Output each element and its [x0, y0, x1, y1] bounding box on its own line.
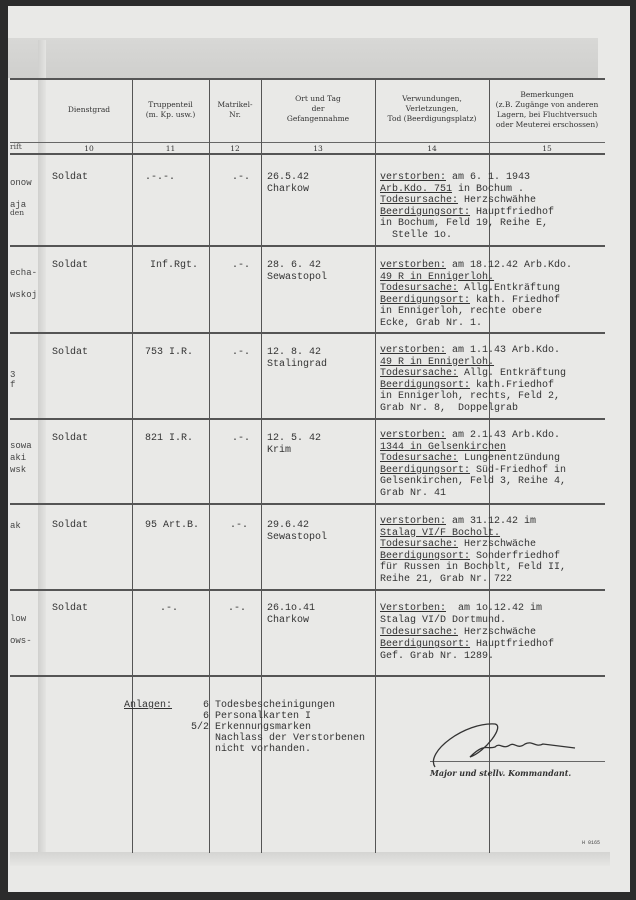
capture-date-place: 29.6.42 Sewastopol [267, 520, 327, 544]
unit: .-. [160, 603, 178, 615]
left-fragment: ak [10, 520, 21, 533]
death-record: verstorben: am 2.1.43 Arb.Kdo. 1344 in G… [380, 430, 566, 500]
died-date: am 1.1.43 Arb.Kdo. [446, 345, 560, 356]
cause-label: Todesursache: [380, 283, 458, 294]
left-fragment: 3 f [10, 350, 15, 390]
header-truppenteil: Truppenteil (m. Kp. usw.) [132, 100, 209, 120]
unit: 821 I.R. [145, 433, 193, 445]
cause-of-death: Herzschwäche [458, 627, 536, 638]
row-divider [10, 503, 605, 505]
died-label: verstorben: [380, 345, 446, 356]
burial-label: Beerdigungsort: [380, 465, 470, 476]
capture-date-place: 26.1o.41 Charkow [267, 603, 315, 627]
matrikel: .-. [232, 260, 250, 272]
paper-fold-top [8, 38, 598, 78]
colnum-divider [10, 153, 605, 155]
burial-label: Beerdigungsort: [380, 639, 470, 650]
cause-label: Todesursache: [380, 368, 458, 379]
unit: .-.-. [145, 172, 175, 184]
rank: Soldat [52, 520, 88, 532]
paper-fold-left [38, 40, 46, 860]
paper-fold-bottom [10, 852, 610, 866]
rank: Soldat [52, 603, 88, 615]
work-detail: Arb.Kdo. 751 [380, 184, 452, 195]
died-label: verstorben: [380, 172, 446, 183]
died-label: verstorben: [380, 516, 446, 527]
cause-of-death: Allg.Entkräftung [458, 283, 560, 294]
died-label: verstorben: [380, 260, 446, 271]
died-date: am 18.12.42 Arb.Kdo. [446, 260, 572, 271]
capture-date-place: 28. 6. 42 Sewastopol [267, 260, 327, 284]
left-fragment: onow aja [10, 172, 32, 216]
column-number: 12 [209, 144, 261, 153]
died-label: verstorben: [380, 430, 446, 441]
work-detail: 49 R in Ennigerloh. [380, 272, 494, 283]
capture-date-place: 26.5.42 Charkow [267, 172, 309, 196]
row-divider [10, 245, 605, 247]
fragment-text: rift [10, 136, 24, 158]
left-fragment: low ows- [10, 608, 32, 652]
header-capture: Ort und Tag der Gefangennahme [261, 94, 375, 124]
left-fragment: sowa aki wsk [10, 440, 32, 476]
row-divider [10, 675, 605, 677]
attachments-list: 6 Todesbescheinigungen 6 Personalkarten … [185, 700, 365, 755]
header-divider [10, 142, 605, 143]
column-number: 10 [46, 144, 132, 153]
died-date: am 1o.12.42 im [446, 603, 542, 614]
unit: 753 I.R. [145, 347, 193, 359]
cause-label: Todesursache: [380, 539, 458, 550]
column-number: 11 [132, 144, 209, 153]
capture-date-place: 12. 8. 42 Stalingrad [267, 347, 327, 371]
column-number: 13 [261, 144, 375, 153]
capture-date-place: 12. 5. 42 Krim [267, 433, 321, 457]
signatory-title: Major und stellv. Kommandant. [430, 768, 571, 778]
work-detail: Stalag VI/F Bocholt. [380, 528, 500, 539]
died-label: Verstorben: [380, 603, 446, 614]
cause-label: Todesursache: [380, 453, 458, 464]
rank: Soldat [52, 172, 88, 184]
attachments-label: Anlagen: [124, 700, 172, 711]
cause-of-death: Herzschwähhe [458, 195, 536, 206]
header-remarks: Bemerkungen (z.B. Zugänge von anderen La… [489, 90, 605, 130]
rank: Soldat [52, 260, 88, 272]
header-matrikel: Matrikel- Nr. [209, 100, 261, 120]
matrikel: .-. [230, 520, 248, 532]
death-record: verstorben: am 31.12.42 im Stalag VI/F B… [380, 516, 566, 586]
matrikel: .-. [232, 433, 250, 445]
death-record: Verstorben: am 1o.12.42 im Stalag VI/D D… [380, 603, 554, 663]
burial-label: Beerdigungsort: [380, 380, 470, 391]
cause-label: Todesursache: [380, 195, 458, 206]
matrikel: .-. [232, 347, 250, 359]
header-dienstgrad: Dienstgrad [46, 105, 132, 115]
work-detail-place: Stalag VI/D Dortmund. [380, 615, 506, 626]
attachments-heading: Anlagen: [124, 700, 172, 711]
cause-of-death: Herzschwäche [458, 539, 536, 550]
unit: 95 Art.B. [145, 520, 199, 532]
cause-of-death: Allg. Entkräftung [458, 368, 566, 379]
row-divider [10, 332, 605, 334]
burial-label: Beerdigungsort: [380, 551, 470, 562]
burial-label: Beerdigungsort: [380, 295, 470, 306]
death-record: verstorben: am 6. 1. 1943 Arb.Kdo. 751 i… [380, 172, 554, 242]
signature-scribble-icon [425, 712, 585, 772]
work-detail: 49 R in Ennigerloh. [380, 357, 494, 368]
header-wounds-death: Verwundungen, Verletzungen, Tod (Beerdig… [375, 94, 489, 124]
left-fragment: echa- wskoj [10, 262, 37, 306]
death-record: verstorben: am 18.12.42 Arb.Kdo. 49 R in… [380, 260, 572, 330]
column-number: 14 [375, 144, 489, 153]
form-code: H 0165 [582, 840, 600, 846]
col-border [375, 78, 376, 853]
row-divider [10, 589, 605, 591]
died-date: am 6. 1. 1943 [446, 172, 530, 183]
unit: Inf.Rgt. [150, 260, 198, 272]
work-detail-place: in Bochum . [452, 184, 524, 195]
cause-label: Todesursache: [380, 627, 458, 638]
died-date: am 2.1.43 Arb.Kdo. [446, 430, 560, 441]
cause-of-death: Lungenentzündung [458, 453, 560, 464]
rank: Soldat [52, 347, 88, 359]
column-number: 15 [489, 144, 605, 153]
burial-label: Beerdigungsort: [380, 207, 470, 218]
left-fragment-header: rift den [10, 92, 24, 246]
matrikel: .-. [232, 172, 250, 184]
died-date: am 31.12.42 im [446, 516, 536, 527]
rank: Soldat [52, 433, 88, 445]
table-top-border [10, 78, 605, 80]
work-detail: 1344 in Gelsenkirchen [380, 442, 506, 453]
row-divider [10, 418, 605, 420]
matrikel: .-. [228, 603, 246, 615]
col-border [132, 78, 133, 853]
death-record: verstorben: am 1.1.43 Arb.Kdo. 49 R in E… [380, 345, 566, 415]
